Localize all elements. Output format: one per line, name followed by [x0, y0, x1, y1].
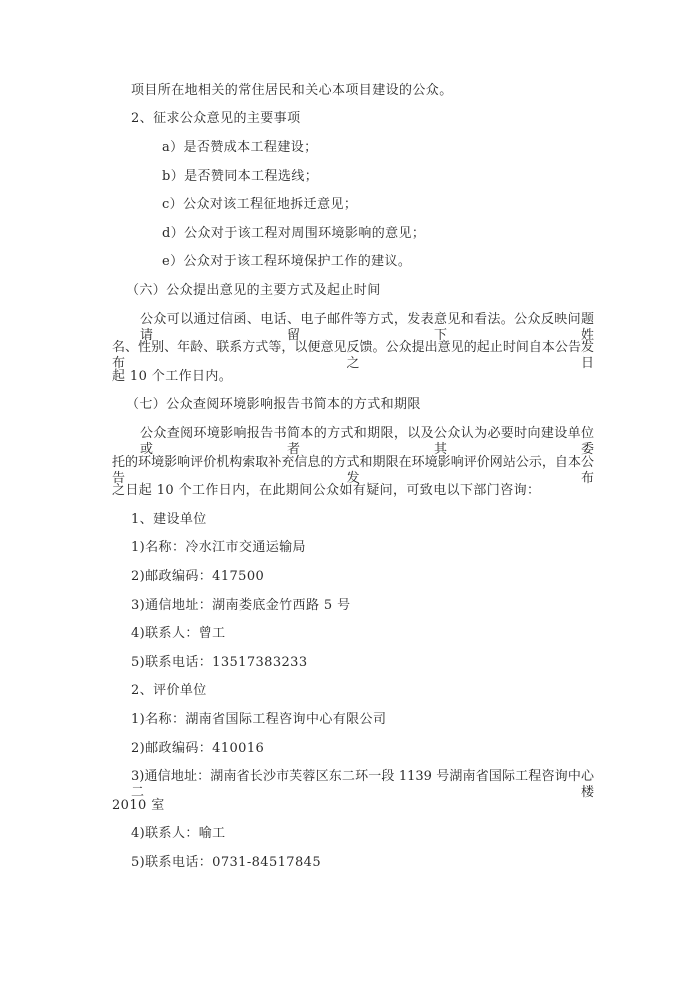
evaluator-phone: 5)联系电话：0731-84517845	[131, 855, 321, 871]
section-7-para-line-3: 之日起 10 个工作日内，在此期间公众如有疑问，可致电以下部门咨询：	[112, 483, 540, 499]
item-d: d）公众对于该工程对周围环境影响的意见；	[162, 226, 425, 242]
evaluator-address-line-1: 3)通信地址：湖南省长沙市芙蓉区东二环一段 1139 号湖南省国际工程咨询中心二…	[131, 769, 594, 801]
builder-unit-heading: 1、建设单位	[131, 512, 207, 528]
section-6-para-line-3: 起 10 个工作日内。	[112, 369, 232, 385]
section-2-heading: 2、征求公众意见的主要事项	[131, 111, 300, 127]
section-6-para-line-2: 名、性别、年龄、联系方式等，以便意见反馈。公众提出意见的起止时间自本公告发布之日	[112, 340, 594, 372]
item-c: c）公众对该工程征地拆迁意见；	[162, 197, 357, 213]
item-e: e）公众对于该工程环境保护工作的建议。	[162, 254, 411, 270]
evaluator-postcode: 2)邮政编码：410016	[131, 741, 264, 757]
section-7-heading: （七）公众查阅环境影响报告书简本的方式和期限	[126, 397, 421, 413]
item-b: b）是否赞同本工程选线；	[162, 169, 318, 185]
document-page: 项目所在地相关的常住居民和关心本项目建设的公众。2、征求公众意见的主要事项a）是…	[0, 0, 700, 990]
evaluator-unit-heading: 2、评价单位	[131, 683, 207, 699]
builder-name: 1)名称：冷水江市交通运输局	[131, 540, 306, 556]
item-a: a）是否赞成本工程建设；	[162, 140, 318, 156]
evaluator-name: 1)名称：湖南省国际工程咨询中心有限公司	[131, 712, 386, 728]
builder-address: 3)通信地址：湖南娄底金竹西路 5 号	[131, 598, 350, 614]
intro-target-public: 项目所在地相关的常住居民和关心本项目建设的公众。	[131, 83, 453, 99]
builder-contact: 4)联系人：曾工	[131, 626, 226, 642]
builder-phone: 5)联系电话：13517383233	[131, 655, 308, 671]
evaluator-contact: 4)联系人：喻工	[131, 826, 226, 842]
builder-postcode: 2)邮政编码：417500	[131, 569, 264, 585]
evaluator-address-line-2: 2010 室	[112, 798, 165, 814]
section-7-para-line-1: 公众查阅环境影响报告书简本的方式和期限，以及公众认为必要时向建设单位或者其委	[140, 426, 594, 458]
section-6-heading: （六）公众提出意见的主要方式及起止时间	[126, 283, 381, 299]
